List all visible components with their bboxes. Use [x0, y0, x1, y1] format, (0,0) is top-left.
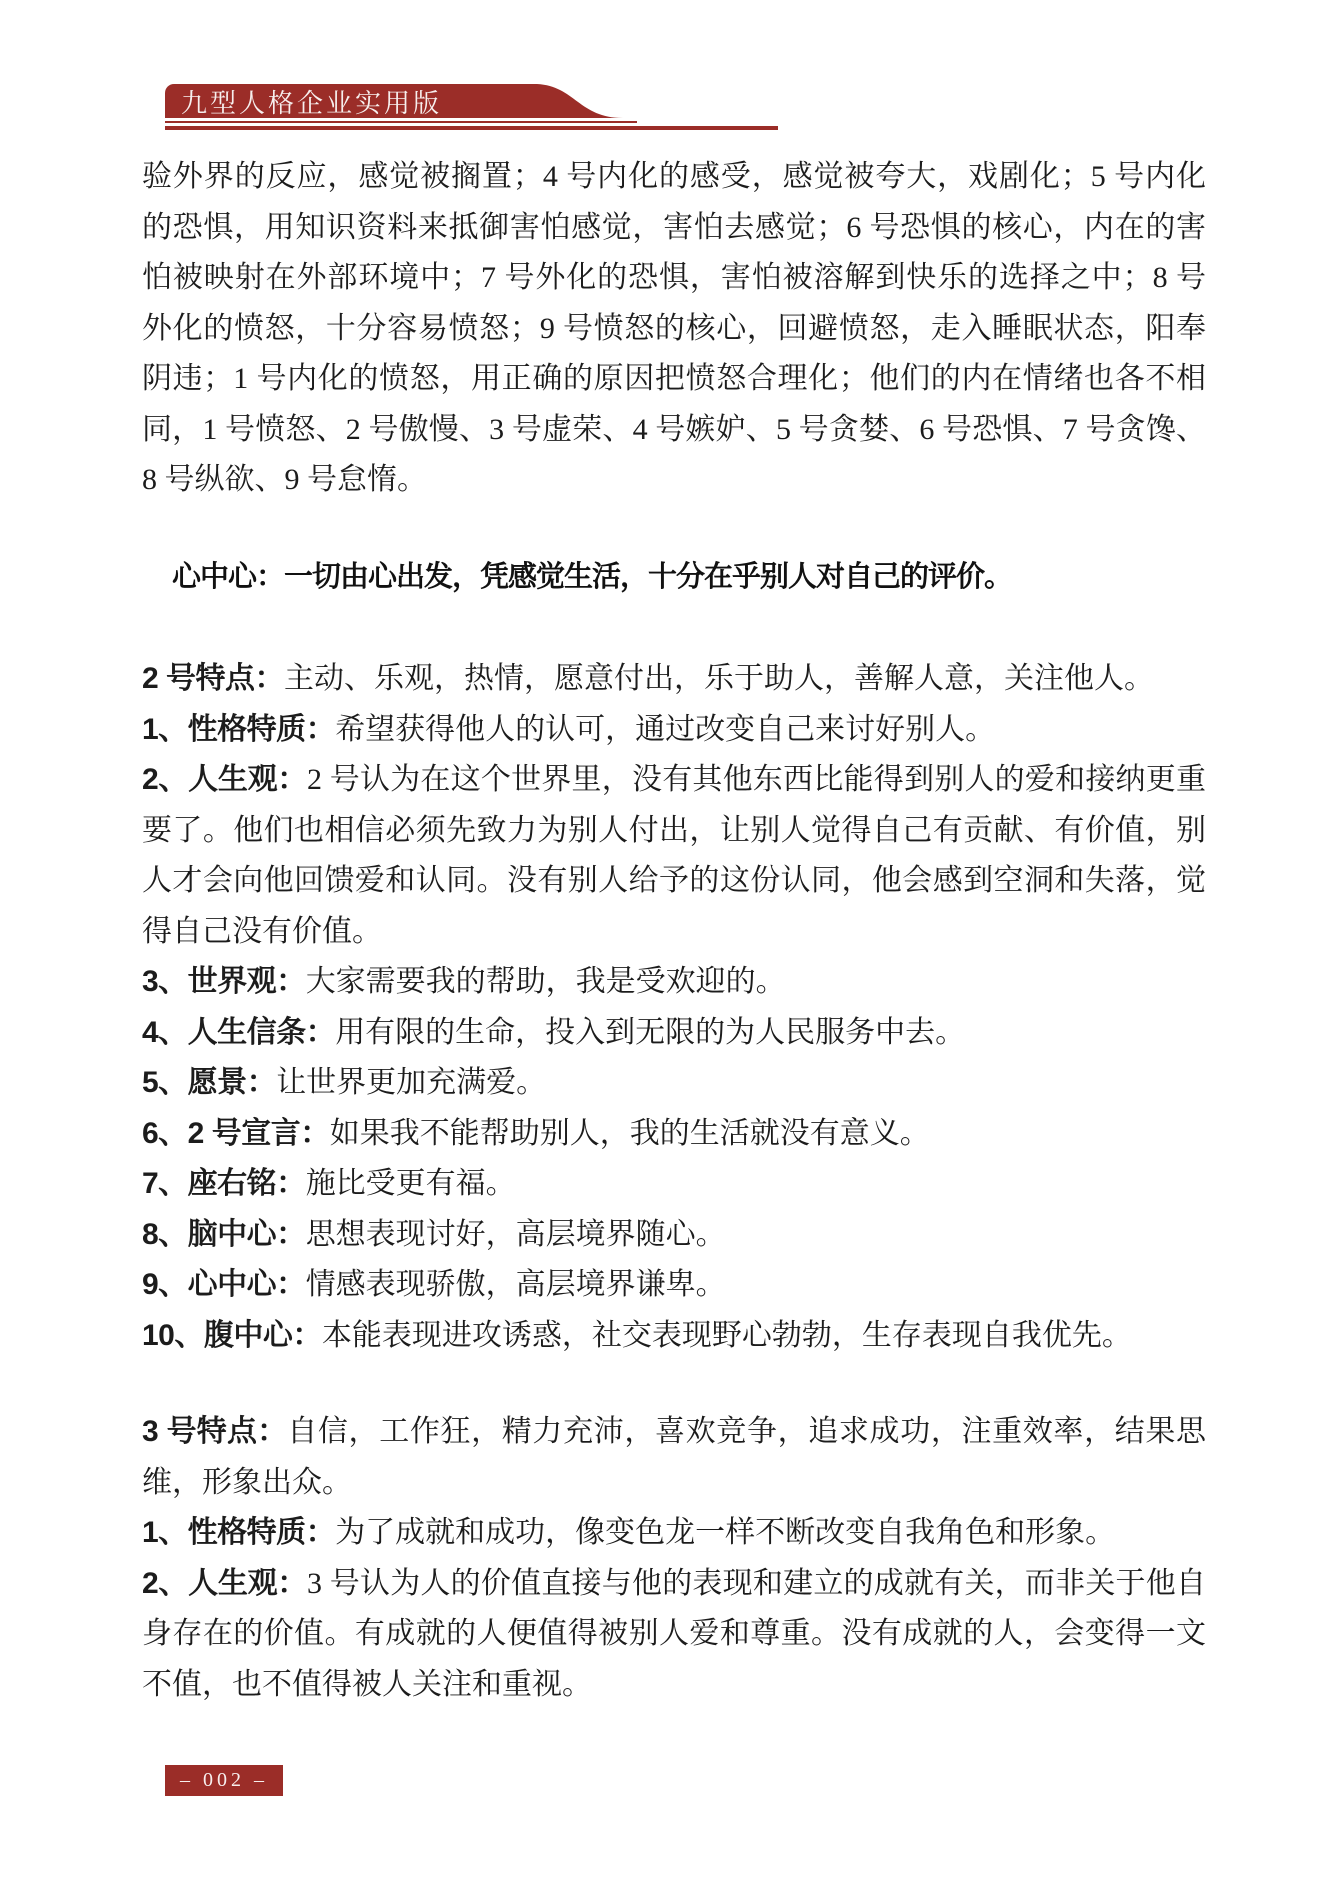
type2-item: 4、人生信条：用有限的生命，投入到无限的为人民服务中去。: [142, 1008, 1206, 1059]
page-number-badge: – 002 –: [165, 1765, 283, 1796]
item-label: 9、心中心：: [142, 1268, 306, 1301]
item-label: 2、人生观：: [142, 763, 307, 796]
item-label: 4、人生信条：: [142, 1016, 335, 1049]
type2-item: 6、2 号宣言：如果我不能帮助别人，我的生活就没有意义。: [142, 1109, 1206, 1160]
item-label: 3、世界观：: [142, 965, 306, 998]
type2-item: 8、脑中心：思想表现讨好，高层境界随心。: [142, 1210, 1206, 1261]
item-label: 1、性格特质：: [142, 1516, 335, 1549]
item-text: 本能表现进攻诱惑，社交表现野心勃勃，生存表现自我优先。: [322, 1319, 1132, 1352]
type3-item: 1、性格特质：为了成就和成功，像变色龙一样不断改变自我角色和形象。: [142, 1508, 1206, 1559]
item-label: 10、腹中心：: [142, 1319, 322, 1352]
intro-paragraph: 验外界的反应，感觉被搁置；4 号内化的感受，感觉被夸大，戏剧化；5 号内化的恐惧…: [142, 152, 1206, 506]
page-number: – 002 –: [180, 1769, 268, 1792]
type2-intro: 2 号特点：主动、乐观，热情，愿意付出，乐于助人，善解人意，关注他人。: [142, 654, 1206, 705]
type2-item: 10、腹中心：本能表现进攻诱惑，社交表现野心勃勃，生存表现自我优先。: [142, 1311, 1206, 1362]
item-label: 6、2 号宣言：: [142, 1117, 330, 1150]
item-text: 让世界更加充满爱。: [276, 1066, 546, 1099]
item-label: 8、脑中心：: [142, 1218, 306, 1251]
item-text: 思想表现讨好，高层境界随心。: [306, 1218, 726, 1251]
item-text: 自信，工作狂，精力充沛，喜欢竞争，追求成功，注重效率，结果思维，形象出众。: [142, 1415, 1206, 1499]
item-label: 3 号特点：: [142, 1415, 287, 1448]
item-label: 5、愿景：: [142, 1066, 276, 1099]
item-label: 2、人生观：: [142, 1567, 307, 1600]
type2-item: 5、愿景：让世界更加充满爱。: [142, 1058, 1206, 1109]
item-text: 主动、乐观，热情，愿意付出，乐于助人，善解人意，关注他人。: [284, 662, 1154, 695]
item-text: 如果我不能帮助别人，我的生活就没有意义。: [330, 1117, 930, 1150]
type3-item: 2、人生观：3 号认为人的价值直接与他的表现和建立的成就有关，而非关于他自身存在…: [142, 1559, 1206, 1711]
item-text: 情感表现骄傲，高层境界谦卑。: [306, 1268, 726, 1301]
type2-item: 2、人生观：2 号认为在这个世界里，没有其他东西比能得到别人的爱和接纳更重要了。…: [142, 755, 1206, 957]
type2-item: 3、世界观：大家需要我的帮助，我是受欢迎的。: [142, 957, 1206, 1008]
heart-center-heading: 心中心：一切由心出发，凭感觉生活，十分在乎别人对自己的评价。: [142, 552, 1206, 603]
item-label: 7、座右铭：: [142, 1167, 306, 1200]
item-text: 用有限的生命，投入到无限的为人民服务中去。: [335, 1016, 965, 1049]
item-label: 1、性格特质：: [142, 713, 335, 746]
item-text: 大家需要我的帮助，我是受欢迎的。: [306, 965, 786, 998]
item-text: 为了成就和成功，像变色龙一样不断改变自我角色和形象。: [335, 1516, 1115, 1549]
page-body: 验外界的反应，感觉被搁置；4 号内化的感受，感觉被夸大，戏剧化；5 号内化的恐惧…: [142, 0, 1206, 1710]
type3-intro: 3 号特点：自信，工作狂，精力充沛，喜欢竞争，追求成功，注重效率，结果思维，形象…: [142, 1407, 1206, 1508]
item-text: 希望获得他人的认可，通过改变自己来讨好别人。: [335, 713, 995, 746]
item-text: 施比受更有福。: [306, 1167, 516, 1200]
type2-item: 7、座右铭：施比受更有福。: [142, 1159, 1206, 1210]
type2-item: 9、心中心：情感表现骄傲，高层境界谦卑。: [142, 1260, 1206, 1311]
document-page: 九型人格企业实用版 验外界的反应，感觉被搁置；4 号内化的感受，感觉被夸大，戏剧…: [0, 0, 1339, 1890]
type2-item: 1、性格特质：希望获得他人的认可，通过改变自己来讨好别人。: [142, 705, 1206, 756]
item-label: 2 号特点：: [142, 662, 284, 695]
